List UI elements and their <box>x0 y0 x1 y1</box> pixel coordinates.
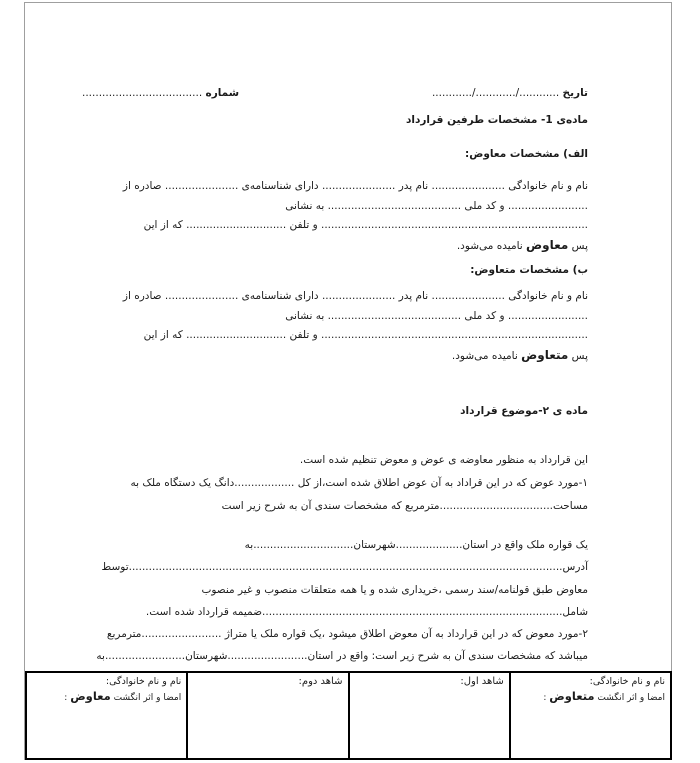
moavez-signature-label: امضا و اثر انگشت معاوض : <box>32 690 181 705</box>
signature-table: نام و نام خانوادگی: امضا و اثر انگشت متع… <box>25 671 672 760</box>
party-a-id-line: ........................ و کد ملی ......… <box>66 199 588 213</box>
signature-cell-witness2: شاهد دوم: <box>187 672 348 759</box>
party-b-designation-line: پس متعاوض نامیده می‌شود. <box>66 348 588 363</box>
party-b-tail-bold: متعاوض <box>521 348 568 362</box>
witness2-label: شاهد دوم: <box>193 675 342 688</box>
property-attachment-line: شامل....................................… <box>66 605 588 619</box>
party-b-tail-suffix: نامیده می‌شود. <box>452 350 521 362</box>
party-b-phone-line: ........................................… <box>66 328 588 342</box>
property-location-line: یک قواره ملک واقع در استان..............… <box>66 538 588 552</box>
contract-document-page: تاریخ ............/............/........… <box>0 0 700 763</box>
article1-title: ماده‌ی 1- مشخصات طرفین قرارداد <box>66 113 588 127</box>
signature-table-row: نام و نام خانوادگی: امضا و اثر انگشت متع… <box>26 672 671 759</box>
date-number-row: تاریخ ............/............/........… <box>66 86 588 100</box>
party-b-id-line: ........................ و کد ملی ......… <box>66 309 588 323</box>
moavez-sig-bold: معاوض <box>70 689 111 703</box>
party-a-designation-line: پس معاوض نامیده می‌شود. <box>66 238 588 253</box>
signature-cell-moavez: نام و نام خانوادگی: امضا و اثر انگشت معا… <box>26 672 187 759</box>
document-body: تاریخ ............/............/........… <box>66 0 588 763</box>
motaavez-name-label: نام و نام خانوادگی: <box>516 675 665 688</box>
date-field: تاریخ ............/............/........… <box>432 86 588 100</box>
property-address-line: آدرس....................................… <box>66 560 588 574</box>
party-b-name-line: نام و نام خانوادگی .....................… <box>66 289 588 303</box>
party-a-name-line: نام و نام خانوادگی .....................… <box>66 179 588 193</box>
number-label: شماره <box>206 87 240 99</box>
date-blank: ............/............/............ <box>432 87 563 99</box>
section-a-heading: الف) مشخصات معاوض: <box>66 147 588 161</box>
party-a-tail-bold: معاوض <box>526 238 568 252</box>
moavez-name-label: نام و نام خانوادگی: <box>32 675 181 688</box>
party-a-tail-prefix: پس <box>568 240 588 252</box>
party-b-tail-prefix: پس <box>568 350 588 362</box>
signature-cell-motaavez: نام و نام خانوادگی: امضا و اثر انگشت متع… <box>510 672 671 759</box>
article2-intro-line: این قرارداد به منظور معاوضه ی عوض و معوض… <box>66 453 588 467</box>
signature-cell-witness1: شاهد اول: <box>349 672 510 759</box>
party-a-tail-suffix: نامیده می‌شود. <box>457 240 526 252</box>
motaavez-signature-label: امضا و اثر انگشت متعاوض : <box>516 690 665 705</box>
article2-title: ماده ی ۲-موضوع قرارداد <box>66 404 588 418</box>
exchange-item2-line: ۲-مورد معوض که در این قرارداد به آن معوض… <box>66 627 588 641</box>
exchange-item1-area-line: مساحت..................................م… <box>66 499 588 513</box>
exchange-item2-location-line: میباشد که مشخصات سندی آن به شرح زیر است:… <box>66 649 588 663</box>
number-blank: .................................... <box>82 87 206 99</box>
number-field: شماره ..................................… <box>82 86 239 100</box>
party-a-phone-line: ........................................… <box>66 218 588 232</box>
witness1-label: شاهد اول: <box>355 675 504 688</box>
motaavez-sig-prefix: امضا و اثر انگشت <box>595 693 665 703</box>
motaavez-sig-bold: متعاوض <box>549 689 594 703</box>
section-b-heading: ب) مشخصات متعاوض: <box>66 263 588 277</box>
property-deed-line: معاوض طبق قولنامه/سند رسمی ،خریداری شده … <box>66 583 588 597</box>
moavez-sig-prefix: امضا و اثر انگشت <box>111 693 181 703</box>
exchange-item1-line: ۱-مورد عوض که در این قراداد به آن عوض اط… <box>66 476 588 490</box>
date-label: تاریخ <box>563 87 588 99</box>
